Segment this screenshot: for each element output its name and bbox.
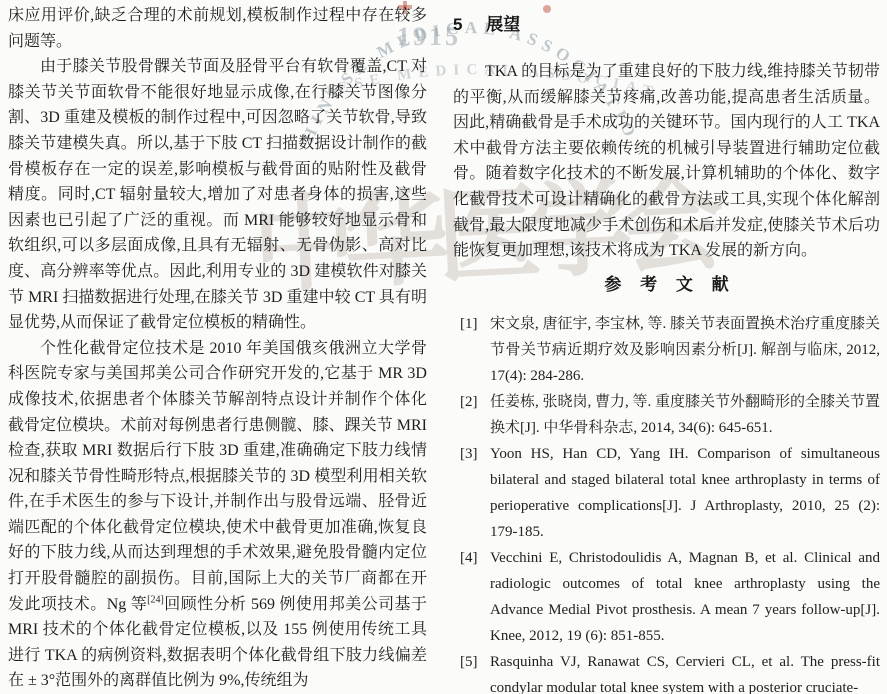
paper-page: 床应用评价,缺乏合理的术前规划,模板制作过程中存在较多问题等。 由于膝关节股骨髁… xyxy=(0,0,887,694)
paragraph: 由于膝关节股骨髁关节面及胫骨平台有软骨覆盖,CT 对膝关节关节面软骨不能很好地显… xyxy=(8,54,427,336)
references-list: [1] 宋文泉, 唐征宇, 李宝林, 等. 膝关节表面置换术治疗重度膝关节骨关节… xyxy=(453,311,880,694)
section-number: 5 xyxy=(453,15,462,34)
reference-item: [1] 宋文泉, 唐征宇, 李宝林, 等. 膝关节表面置换术治疗重度膝关节骨关节… xyxy=(453,311,880,389)
reference-label: [2] xyxy=(460,389,478,415)
reference-label: [3] xyxy=(460,441,478,467)
reference-item: [4] Vecchini E, Christodoulidis A, Magna… xyxy=(453,545,880,649)
paragraph: 个性化截骨定位技术是 2010 年美国俄亥俄洲立大学骨科医院专家与美国邦美公司合… xyxy=(8,336,427,694)
reference-text: Vecchini E, Christodoulidis A, Magnan B,… xyxy=(490,550,880,644)
paragraph-continuation: 床应用评价,缺乏合理的术前规划,模板制作过程中存在较多问题等。 xyxy=(8,3,427,54)
section-title: 展望 xyxy=(486,15,520,34)
paragraph: TKA 的目标是为了重建良好的下肢力线,维持膝关节韧带的平衡,从而缓解膝关节疼痛… xyxy=(453,59,880,264)
reference-text: 任姜栋, 张晓岗, 曹力, 等. 重度膝关节外翻畸形的全膝关节置换术[J]. 中… xyxy=(490,394,880,436)
reference-item: [3] Yoon HS, Han CD, Yang IH. Comparison… xyxy=(453,441,880,545)
citation-marker: [24] xyxy=(147,594,164,605)
left-column: 床应用评价,缺乏合理的术前规划,模板制作过程中存在较多问题等。 由于膝关节股骨髁… xyxy=(8,3,427,694)
reference-text: 宋文泉, 唐征宇, 李宝林, 等. 膝关节表面置换术治疗重度膝关节骨关节病近期疗… xyxy=(490,316,880,384)
reference-text: Yoon HS, Han CD, Yang IH. Comparison of … xyxy=(490,446,880,540)
reference-item: [2] 任姜栋, 张晓岗, 曹力, 等. 重度膝关节外翻畸形的全膝关节置换术[J… xyxy=(453,389,880,441)
references-heading: 参 考 文 献 xyxy=(453,273,880,297)
reference-label: [5] xyxy=(460,649,478,675)
reference-label: [4] xyxy=(460,545,478,571)
reference-item: [5] Rasquinha VJ, Ranawat CS, Cervieri C… xyxy=(453,649,880,694)
reference-text: Rasquinha VJ, Ranawat CS, Cervieri CL, e… xyxy=(490,654,880,694)
paragraph-text: 个性化截骨定位技术是 2010 年美国俄亥俄洲立大学骨科医院专家与美国邦美公司合… xyxy=(8,340,427,613)
right-column: 5 展望 TKA 的目标是为了重建良好的下肢力线,维持膝关节韧带的平衡,从而缓解… xyxy=(453,3,880,694)
section-heading: 5 展望 xyxy=(453,13,880,37)
reference-label: [1] xyxy=(460,311,478,337)
